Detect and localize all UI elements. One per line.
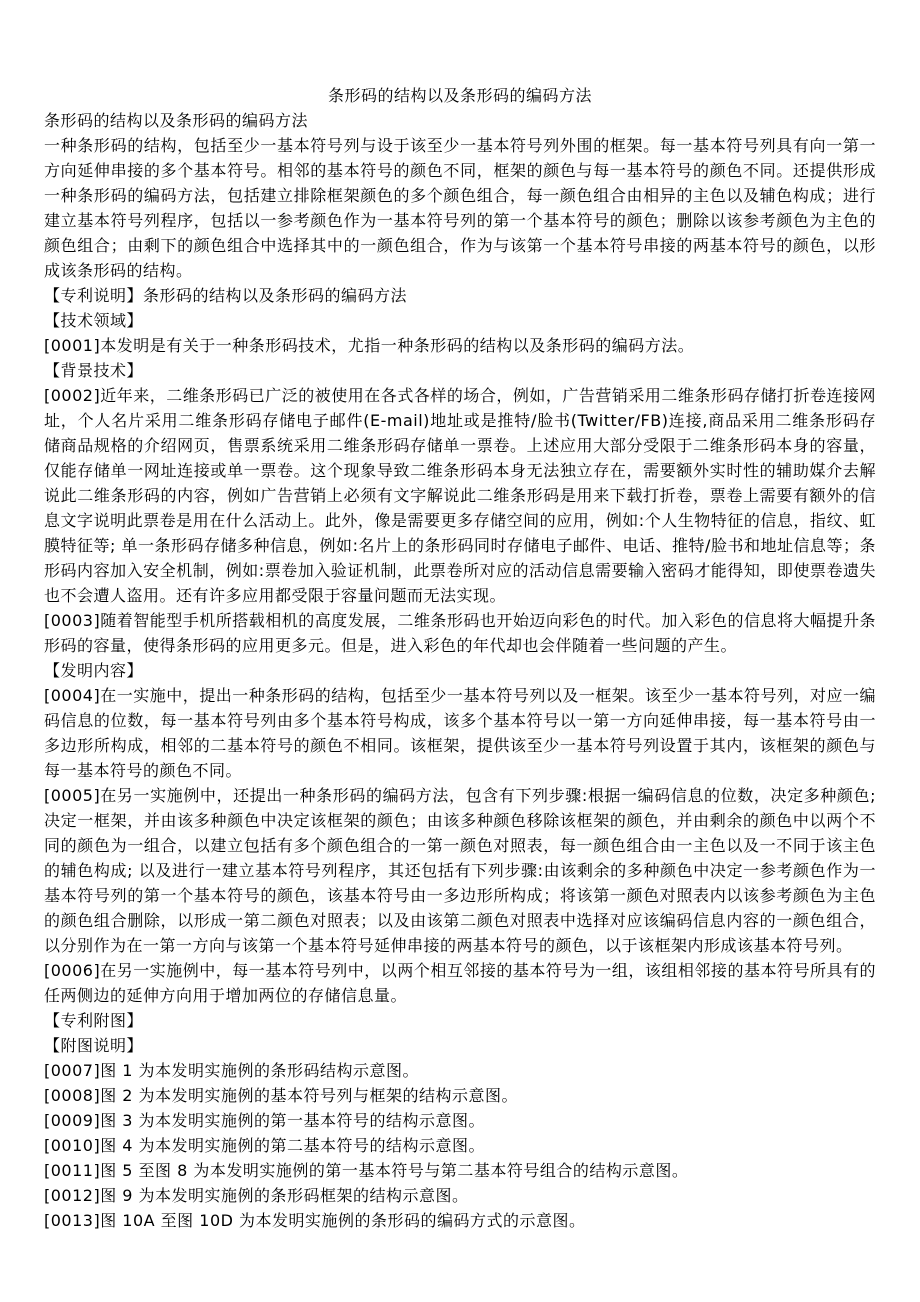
paragraph-0006: [0006]在另一实施例中，每一基本符号列中，以两个相互邻接的基本符号为一组，该… — [44, 958, 876, 1008]
paragraph-0007-figure-1: [0007]图 1 为本发明实施例的条形码结构示意图。 — [44, 1058, 876, 1083]
paragraph-0001: [0001]本发明是有关于一种条形码技术，尤指一种条形码的结构以及条形码的编码方… — [44, 333, 876, 358]
section-heading-technical-field: 【技术领域】 — [44, 308, 876, 333]
section-heading-summary-of-invention: 【发明内容】 — [44, 658, 876, 683]
paragraph-0012-figure-9: [0012]图 9 为本发明实施例的条形码框架的结构示意图。 — [44, 1183, 876, 1208]
section-heading-figure-description: 【附图说明】 — [44, 1033, 876, 1058]
subtitle-line: 条形码的结构以及条形码的编码方法 — [44, 108, 876, 133]
paragraph-0003: [0003]随着智能型手机所搭载相机的高度发展，二维条形码也开始迈向彩色的时代。… — [44, 608, 876, 658]
paragraph-0010-figure-4: [0010]图 4 为本发明实施例的第二基本符号的结构示意图。 — [44, 1133, 876, 1158]
patent-document-page: 条形码的结构以及条形码的编码方法 条形码的结构以及条形码的编码方法 一种条形码的… — [0, 0, 920, 1302]
paragraph-0013-figures-10a-10d: [0013]图 10A 至图 10D 为本发明实施例的条形码的编码方式的示意图。 — [44, 1208, 876, 1233]
page-title: 条形码的结构以及条形码的编码方法 — [44, 83, 876, 108]
paragraph-0009-figure-3: [0009]图 3 为本发明实施例的第一基本符号的结构示意图。 — [44, 1108, 876, 1133]
patent-description-heading: 【专利说明】条形码的结构以及条形码的编码方法 — [44, 283, 876, 308]
abstract-paragraph: 一种条形码的结构，包括至少一基本符号列与设于该至少一基本符号列外围的框架。每一基… — [44, 133, 876, 283]
paragraph-0005: [0005]在另一实施例中，还提出一种条形码的编码方法，包含有下列步骤:根据一编… — [44, 783, 876, 958]
paragraph-0008-figure-2: [0008]图 2 为本发明实施例的基本符号列与框架的结构示意图。 — [44, 1083, 876, 1108]
paragraph-0004: [0004]在一实施中，提出一种条形码的结构，包括至少一基本符号列以及一框架。该… — [44, 683, 876, 783]
section-heading-background: 【背景技术】 — [44, 358, 876, 383]
paragraph-0011-figures-5-8: [0011]图 5 至图 8 为本发明实施例的第一基本符号与第二基本符号组合的结… — [44, 1158, 876, 1183]
paragraph-0002: [0002]近年来，二维条形码已广泛的被使用在各式各样的场合，例如，广告营销采用… — [44, 383, 876, 608]
section-heading-patent-figures: 【专利附图】 — [44, 1008, 876, 1033]
